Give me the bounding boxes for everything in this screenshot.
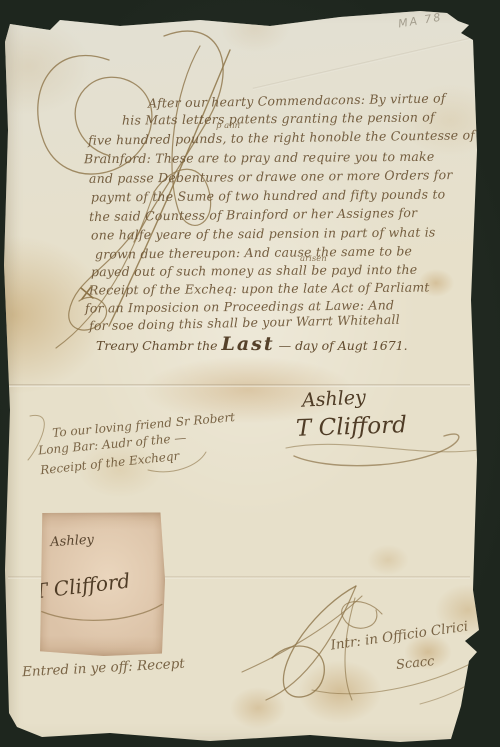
address-flourish-icon bbox=[28, 408, 208, 478]
x-mark-icon bbox=[80, 286, 94, 300]
body-line: Brainford: These are to pray and require… bbox=[84, 149, 434, 166]
endorsement-left: Entred in ye off: Recept bbox=[22, 656, 185, 681]
pencil-annotation: MA 78 bbox=[397, 11, 443, 31]
dateline-prefix: Treary Chambr the bbox=[96, 338, 222, 353]
body-line: payed out of such money as shall be payd… bbox=[91, 262, 417, 279]
body-line: one halfe yeare of the said pension in p… bbox=[91, 224, 436, 242]
diagonal-crease bbox=[253, 36, 478, 90]
dateline-suffix: — day of Augt 1671. bbox=[275, 338, 408, 353]
body-line: and passe Debentures or drawe one or mor… bbox=[89, 167, 453, 186]
dateline-emphasis: Last bbox=[222, 333, 275, 355]
body-line: Receipt of the Excheq: upon the late Act… bbox=[89, 280, 430, 298]
clifford-swash-icon bbox=[286, 430, 481, 470]
body-line: his Mats letters patents granting the pe… bbox=[122, 109, 435, 127]
interlineation: p ann bbox=[216, 121, 240, 131]
signature-slip: Ashley T Clifford bbox=[37, 512, 165, 657]
manuscript-paper: MA 78 After our hearty Commendacons: By … bbox=[0, 0, 500, 747]
body-line: grown due thereupon: And cause the same … bbox=[95, 243, 412, 261]
signature-ashley: Ashley bbox=[301, 386, 366, 411]
slip-signature-clifford: T Clifford bbox=[33, 568, 131, 603]
slip-signature-ashley: Ashley bbox=[50, 532, 94, 550]
latin-endorsement-flourish-icon bbox=[300, 592, 495, 707]
fold-crease-upper bbox=[8, 384, 470, 387]
body-line: the said Countess of Brainford or her As… bbox=[89, 205, 417, 224]
slip-swash-icon bbox=[38, 600, 165, 629]
dateline: Treary Chambr the Last — day of Augt 167… bbox=[96, 333, 408, 355]
scan-background: MA 78 After our hearty Commendacons: By … bbox=[0, 0, 500, 747]
body-line: paymt of the Sume of two hundred and fif… bbox=[91, 186, 446, 204]
